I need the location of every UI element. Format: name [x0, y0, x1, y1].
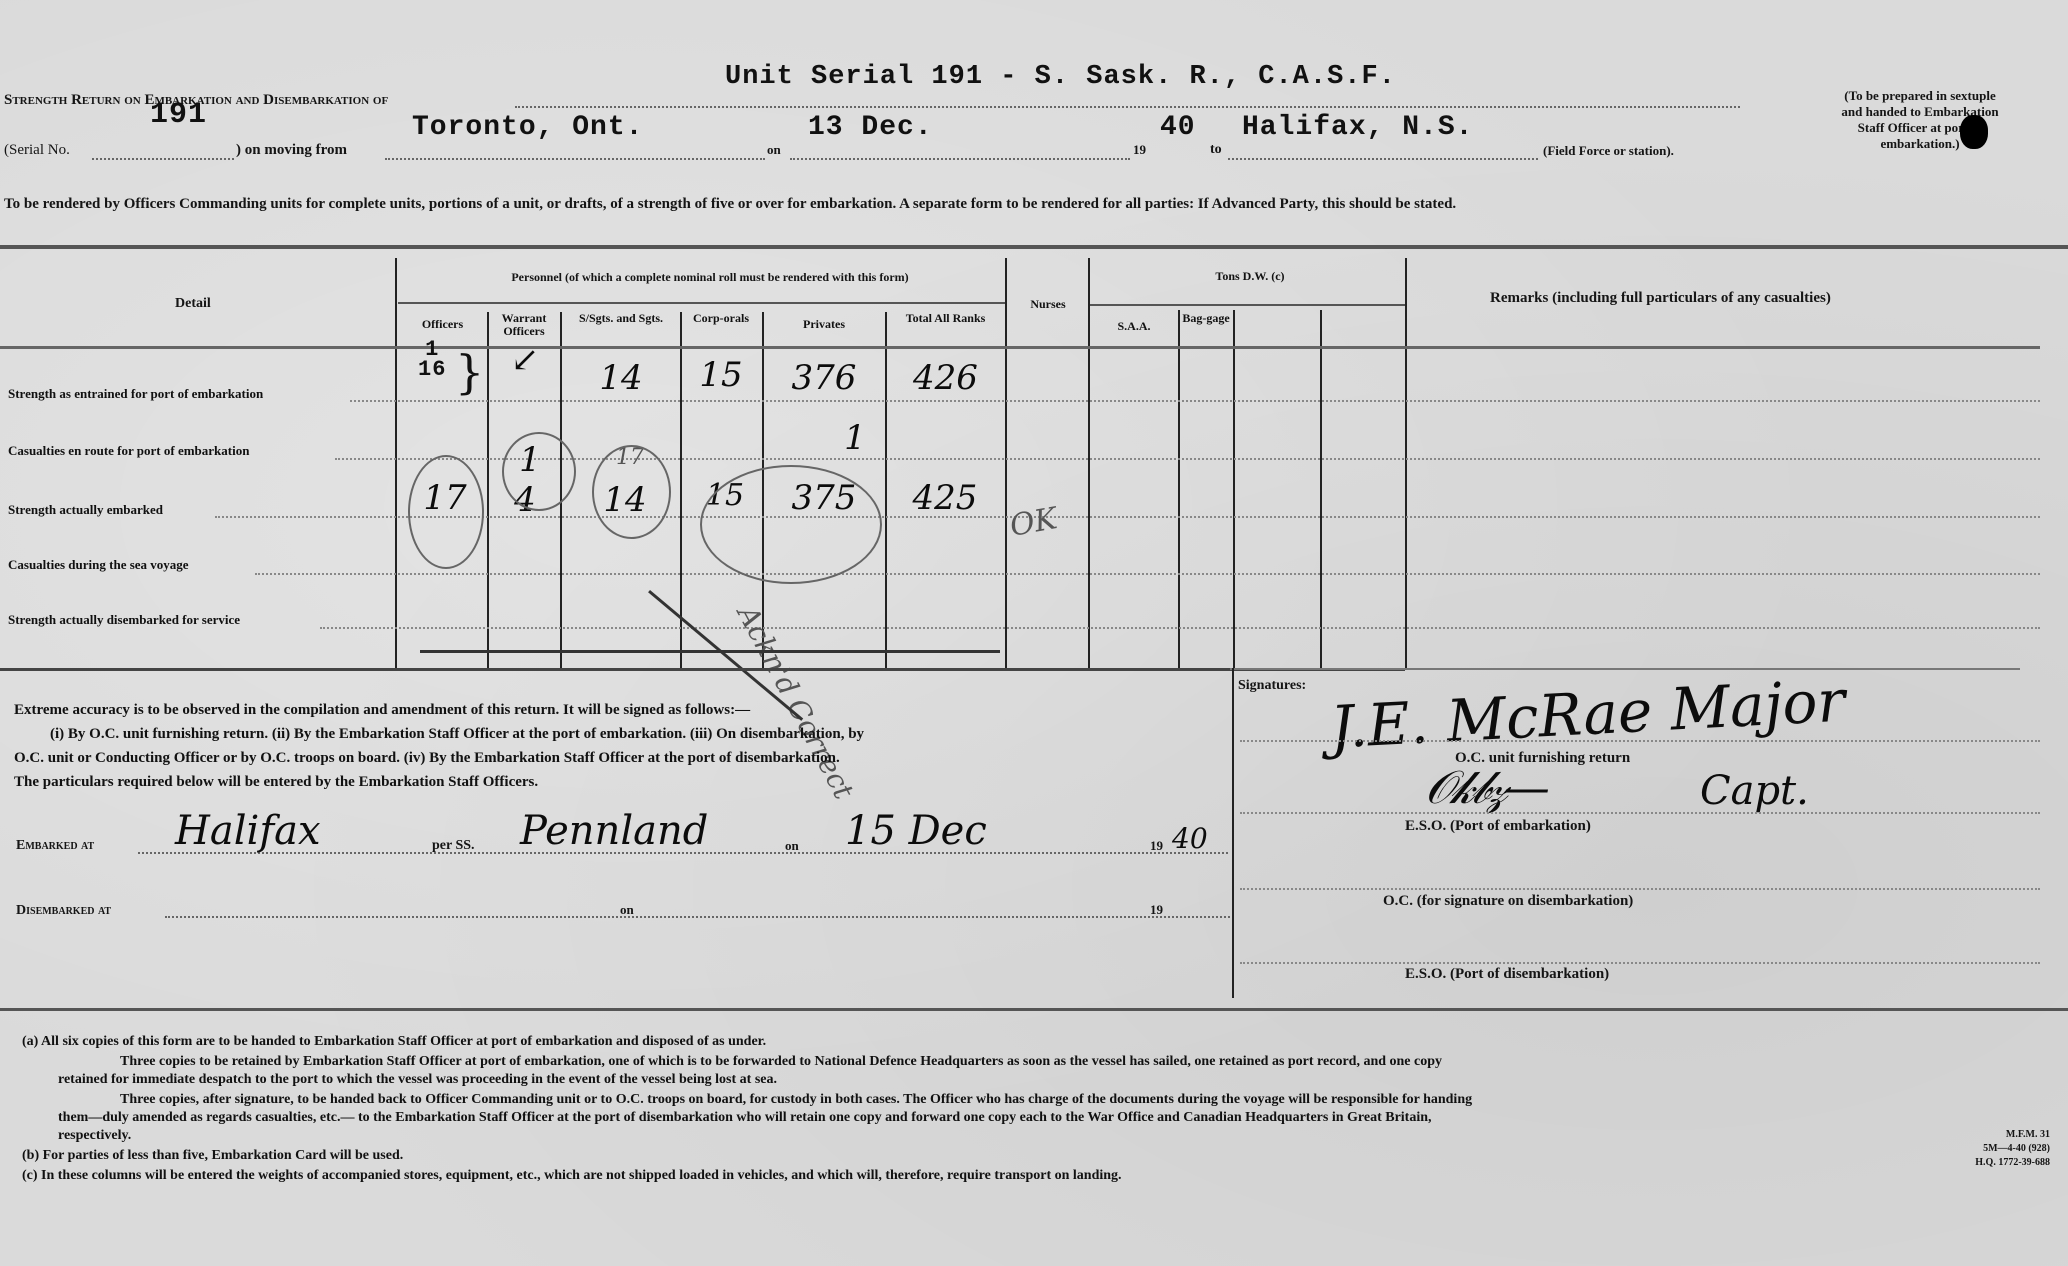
col-saa: S.A.A.: [1092, 320, 1176, 333]
typed-unit-serial: Unit Serial 191 - S. Sask. R., C.A.S.F.: [725, 62, 1396, 92]
col-corporals: Corp-orals: [682, 312, 760, 325]
serial-dotted-line: [92, 158, 234, 160]
date-value: 13 Dec.: [808, 112, 933, 143]
col-baggage: Bag-gage: [1180, 312, 1232, 325]
date-dotted-line: [790, 158, 1130, 160]
serial-number-value: 191: [150, 98, 207, 132]
total-embarked: 425: [895, 478, 995, 518]
col-sep-5: [885, 312, 887, 668]
personnel-sub-rule: [398, 302, 1005, 304]
to-label: to: [1210, 142, 1222, 158]
col-sgts: S/Sgts. and Sgts.: [565, 312, 677, 325]
col-sep-7: [1088, 258, 1090, 668]
disembarked-on-label: on: [620, 902, 634, 918]
moving-from-dotted-line: [385, 158, 765, 160]
sig-left-border: [1232, 668, 1234, 998]
row-line-2: [335, 458, 2040, 460]
tons-sub-rule: [1090, 304, 1405, 306]
header-bottom-rule: [0, 346, 2040, 349]
officers-entrained-value: 1 16: [418, 337, 446, 382]
form-number-2: 5M—4-40 (928): [1950, 1142, 2050, 1156]
table-bottom-rule: [0, 668, 1405, 671]
form-number-1: M.F.M. 31: [1950, 1128, 2050, 1142]
col-sep-6: [1005, 258, 1007, 668]
signature-oc-unit: J.E. McRae Major: [1329, 667, 1847, 762]
row-line-5: [320, 627, 2040, 629]
warrant-entrained-arrow: ↙: [490, 340, 560, 380]
moving-from-value: Toronto, Ont.: [412, 112, 643, 143]
embarked-year-prefix: 19: [1150, 838, 1163, 854]
footnote-a-1: (a) All six copies of this form are to b…: [22, 1032, 766, 1052]
on-label: on: [767, 142, 781, 158]
footnote-top-rule: [0, 1008, 2068, 1011]
footnote-c: (c) In these columns will be entered the…: [22, 1166, 1122, 1186]
embarked-year-value: 40: [1172, 822, 1208, 855]
signatures-label: Signatures:: [1238, 678, 1306, 694]
embarked-date-value: 15 Dec: [845, 808, 987, 854]
row-line-4: [255, 573, 2040, 575]
sgts-entrained: 14: [565, 358, 677, 398]
col-sep-10: [1320, 310, 1322, 668]
form-number-3: H.Q. 1772-39-688: [1950, 1156, 2050, 1170]
col-tons: Tons D.W. (c): [1200, 270, 1300, 283]
row-line-1: [350, 400, 2040, 402]
header-instructions: To be rendered by Officers Commanding un…: [4, 195, 1764, 213]
col-total: Total All Ranks: [888, 312, 1003, 325]
col-nurses: Nurses: [1010, 298, 1086, 311]
col-sep-11: [1405, 258, 1407, 668]
instructions-line-1: Extreme accuracy is to be observed in th…: [14, 700, 750, 720]
sig-top-rule: [1230, 668, 2020, 670]
instructions-line-4: The particulars required below will be e…: [14, 772, 538, 792]
row-label-embarked: Strength actually embarked: [8, 502, 163, 518]
footnote-a-4: Three copies, after signature, to be han…: [120, 1090, 1472, 1110]
col-officers: Officers: [400, 318, 485, 331]
col-warrant-officers: Warrant Officers: [490, 312, 558, 338]
col-sep-1: [487, 312, 489, 668]
officers-entrained-typed: 1 16: [418, 340, 446, 380]
document-page: Unit Serial 191 - S. Sask. R., C.A.S.F. …: [0, 0, 2068, 1266]
ship-value: Pennland: [520, 808, 708, 854]
signature-eso-scrawl: 𝒪𝓀𝒷𝓏—: [1425, 760, 1546, 816]
sig-line-4: [1240, 962, 2040, 964]
field-force-label: (Field Force or station).: [1543, 143, 1674, 159]
row-label-sea-casualties: Casualties during the sea voyage: [8, 557, 189, 573]
brace-mark: }: [455, 345, 484, 399]
remarks-header: Remarks (including full particulars of a…: [1490, 290, 1831, 307]
detail-header: Detail: [175, 296, 211, 312]
row-label-disembarked: Strength actually disembarked for servic…: [8, 612, 240, 628]
year-prefix: 19: [1133, 142, 1146, 158]
privates-casualty: 1: [800, 418, 910, 458]
instructions-line-3: O.C. unit or Conducting Officer or by O.…: [14, 748, 840, 768]
table-border-left: [395, 258, 397, 668]
instructions-line-2: (i) By O.C. unit furnishing return. (ii)…: [50, 724, 864, 744]
sig-caption-oc-disembarkation: O.C. (for signature on disembarkation): [1383, 893, 1633, 910]
sig-caption-eso-embarkation: E.S.O. (Port of embarkation): [1405, 818, 1591, 835]
moving-from-label: ) on moving from: [236, 142, 347, 159]
pencil-circle-officers: [408, 455, 484, 569]
disembarked-year-prefix: 19: [1150, 902, 1163, 918]
serial-label: (Serial No.: [4, 142, 70, 159]
year-value: 40: [1160, 112, 1196, 143]
pencil-circle-ranks: [700, 465, 882, 584]
total-entrained: 426: [888, 358, 1003, 398]
col-privates: Privates: [764, 318, 884, 331]
disembarked-dotted-line: [165, 916, 1230, 918]
privates-entrained: 376: [764, 358, 884, 398]
row-label-entrained: Strength as entrained for port of embark…: [8, 386, 263, 402]
col-sep-9: [1233, 310, 1235, 668]
disembarked-label: Disembarked at: [16, 903, 111, 919]
footnote-a-3: retained for immediate despatch to the p…: [58, 1070, 777, 1090]
sig-line-1: [1240, 740, 2040, 742]
per-ss-label: per SS.: [432, 838, 475, 854]
footnote-a-2: Three copies to be retained by Embarkati…: [120, 1052, 1442, 1072]
personnel-header: Personnel (of which a complete nominal r…: [430, 270, 990, 284]
sig-line-3: [1240, 888, 2040, 890]
pencil-ok-mark: OK: [1007, 501, 1059, 544]
sig-line-2: [1240, 812, 2040, 814]
embarked-at-value: Halifax: [175, 808, 321, 854]
pencil-circle-warrant: [502, 432, 576, 511]
signature-eso-rank: Capt.: [1700, 768, 1809, 814]
col-sep-8: [1178, 310, 1180, 668]
pencil-circle-sgts: [592, 445, 671, 539]
sig-caption-eso-disembarkation: E.S.O. (Port of disembarkation): [1405, 966, 1609, 983]
destination-dotted-line: [1228, 158, 1538, 160]
embarked-on-label: on: [785, 838, 799, 854]
footnote-a-5: them—duly amended as regards casualties,…: [58, 1108, 1432, 1128]
top-rule: [0, 245, 2068, 249]
ink-blot: [1960, 115, 1988, 149]
destination-value: Halifax, N.S.: [1242, 112, 1473, 143]
form-number-block: M.F.M. 31 5M—4-40 (928) H.Q. 1772-39-688: [1950, 1128, 2050, 1170]
title-dotted-line: [515, 106, 1740, 108]
embarked-label: Embarked at: [16, 838, 94, 854]
row-label-casualties-en-route: Casualties en route for port of embarkat…: [8, 443, 249, 459]
pencil-diagonal-note: Ackn'd Correct: [731, 600, 861, 804]
footnote-a-6: respectively.: [58, 1126, 131, 1146]
footnote-b: (b) For parties of less than five, Embar…: [22, 1146, 403, 1166]
corporals-entrained: 15: [682, 355, 760, 395]
row-line-3: [215, 516, 2040, 518]
pencil-underline: [420, 650, 1000, 653]
